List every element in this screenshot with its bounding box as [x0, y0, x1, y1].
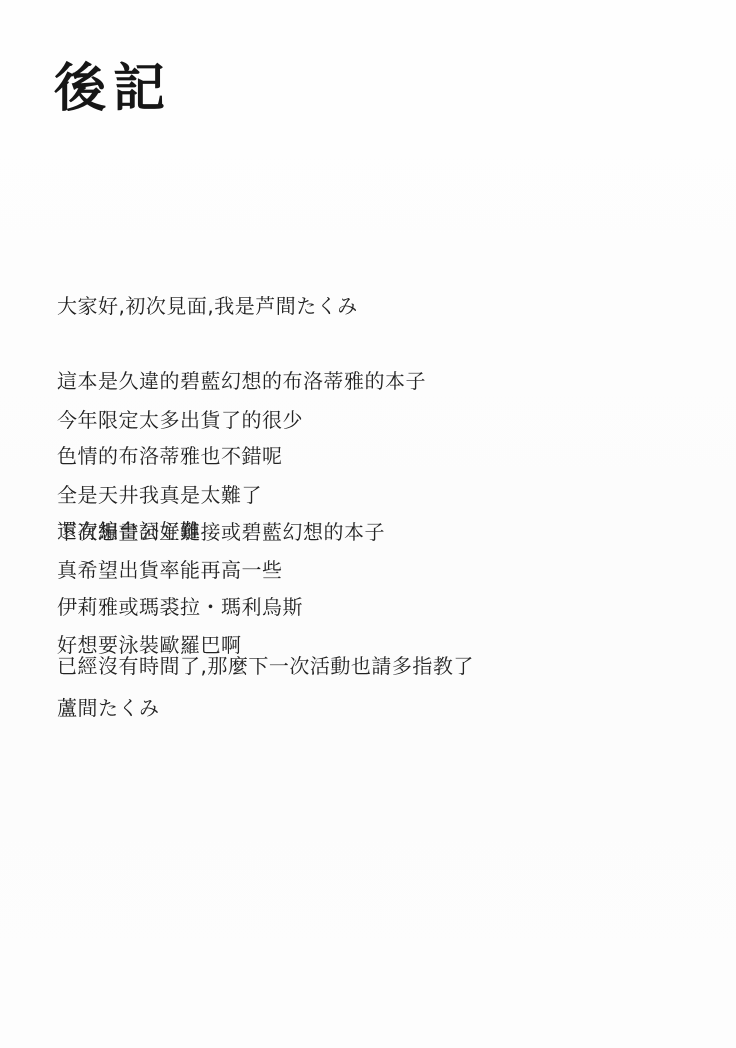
text-line: 大家好,初次見面,我是芦間たくみ: [57, 294, 426, 319]
author-signature: 蘆間たくみ: [57, 646, 160, 771]
text-line: 蘆間たくみ: [57, 696, 160, 721]
afterword-page: 後記 大家好,初次見面,我是芦間たくみ 這本是久違的碧藍幻想的布洛蒂雅的本子 色…: [0, 0, 736, 1048]
text-line: 下次想畫公主鏈接或碧藍幻想的本子: [57, 520, 385, 545]
text-line: 今年限定太多出貨了的很少: [57, 408, 303, 433]
page-title: 後記: [54, 56, 172, 124]
